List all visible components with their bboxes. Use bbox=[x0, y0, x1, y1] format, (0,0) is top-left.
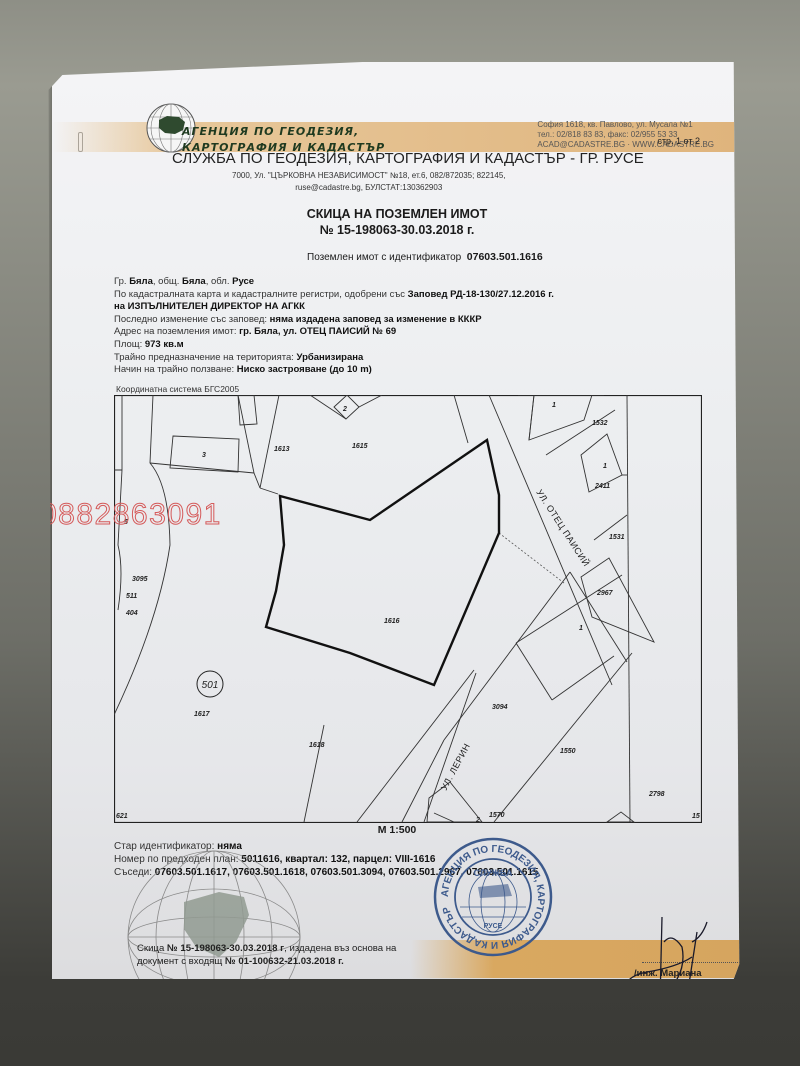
address-label: Адрес на поземления имот: bbox=[114, 326, 236, 337]
label-1618: 1618 bbox=[309, 742, 325, 749]
label-1617: 1617 bbox=[194, 711, 211, 718]
agency-name-line1: АГЕНЦИЯ ПО ГЕОДЕЗИЯ, bbox=[182, 124, 385, 140]
issued-line1: Скица № 15-198063-30.03.2018 г, издадена… bbox=[137, 942, 396, 955]
last-change-value: няма издадена заповед за изменение в ККК… bbox=[270, 314, 482, 325]
block-number: 501 bbox=[202, 680, 219, 691]
office-address-line2: ruse@cadastre.bg, БУЛСТАТ:130362903 bbox=[232, 182, 506, 194]
identifier-label: Поземлен имот с идентификатор bbox=[307, 252, 461, 263]
title-text: СКИЦА НА ПОЗЕМЛЕН ИМОТ bbox=[52, 206, 742, 222]
stamp-center-text: СЛУЖБА bbox=[474, 868, 513, 878]
issued-statement: Скица № 15-198063-30.03.2018 г, издадена… bbox=[137, 942, 396, 968]
label-3094: 3094 bbox=[492, 704, 508, 711]
label-2798: 2798 bbox=[648, 791, 665, 798]
label-404: 404 bbox=[125, 610, 138, 617]
label-1616: 1616 bbox=[384, 618, 400, 625]
cadastre-order: Заповед РД-18-130/27.12.2016 г. bbox=[408, 289, 554, 300]
office-name: СЛУЖБА ПО ГЕОДЕЗИЯ, КАРТОГРАФИЯ И КАДАСТ… bbox=[172, 150, 644, 167]
label-621: 621 bbox=[116, 813, 128, 820]
last-change-line: Последно изменение със заповед: няма изд… bbox=[114, 314, 554, 327]
cadastre-label: По кадастралната карта и кадастралните р… bbox=[114, 289, 405, 300]
label-1531: 1531 bbox=[609, 534, 625, 541]
document-page: АГЕНЦИЯ ПО ГЕОДЕЗИЯ, КАРТОГРАФИЯ И КАДАС… bbox=[52, 62, 742, 992]
issued-number: № 15-198063-30.03.2018 г bbox=[167, 943, 284, 954]
usage-line: Начин на трайно ползване: Ниско застрояв… bbox=[114, 364, 554, 377]
page-indicator: стр. 1 от 2 bbox=[657, 136, 700, 146]
label-1532: 1532 bbox=[592, 420, 608, 427]
stamp-city-text: РУСЕ bbox=[484, 923, 503, 930]
label-building-1-1550: 1 bbox=[579, 625, 583, 632]
parcel-info: Гр. Бяла, общ. Бяла, обл. Русе По кадаст… bbox=[114, 276, 554, 377]
region: Русе bbox=[232, 276, 254, 287]
document-title: СКИЦА НА ПОЗЕМЛЕН ИМОТ № 15-198063-30.03… bbox=[52, 206, 742, 238]
label-15: 15 bbox=[692, 813, 700, 820]
purpose-value: Урбанизирана bbox=[297, 352, 364, 363]
area-line: Площ: 973 кв.м bbox=[114, 339, 554, 352]
document-number: № 15-198063-30.03.2018 г. bbox=[52, 222, 742, 238]
parcel-identifier: Поземлен имот с идентификатор 07603.501.… bbox=[307, 251, 543, 263]
label-2411: 2411 bbox=[594, 483, 610, 490]
label-building-2-1570: 2 bbox=[475, 817, 480, 823]
label-1615: 1615 bbox=[352, 443, 368, 450]
label-2967: 2967 bbox=[596, 590, 614, 597]
issued-prefix: Скица bbox=[137, 943, 164, 954]
cadastre-line: По кадастралната карта и кадастралните р… bbox=[114, 289, 554, 302]
municipality-prefix: , общ. bbox=[153, 276, 179, 287]
cadastral-map: 501 1613 1615 1616 1617 1618 1532 2411 1… bbox=[114, 395, 702, 823]
location-line: Гр. Бяла, общ. Бяла, обл. Русе bbox=[114, 276, 554, 289]
label-building-1-2411: 1 bbox=[603, 463, 607, 470]
label-1613: 1613 bbox=[274, 446, 290, 453]
usage-label: Начин на трайно ползване: bbox=[114, 364, 234, 375]
agency-globe-watermark-icon bbox=[124, 847, 304, 1007]
label-3095: 3095 bbox=[132, 576, 148, 583]
issued-line2: документ с входящ № 01-100632-21.03.2018… bbox=[137, 955, 396, 968]
street-otec-paisiy: УЛ. ОТЕЦ ПАИСИЙ bbox=[534, 487, 592, 568]
official-stamp-icon: АГЕНЦИЯ ПО ГЕОДЕЗИЯ, КАРТОГРАФИЯ И КАДАС… bbox=[428, 832, 558, 962]
incoming-number: № 01-100632-21.03.2018 г. bbox=[225, 956, 344, 967]
contact-address: София 1618, кв. Павлово, ул. Мусала №1 bbox=[537, 120, 714, 130]
purpose-line: Трайно предназначение на територията: Ур… bbox=[114, 352, 554, 365]
label-1550: 1550 bbox=[560, 748, 576, 755]
region-prefix: , обл. bbox=[206, 276, 230, 287]
municipality: Бяла bbox=[182, 276, 206, 287]
signature-icon bbox=[612, 912, 722, 1012]
area-value: 973 кв.м bbox=[145, 339, 184, 350]
map-scale: М 1:500 bbox=[52, 824, 742, 836]
parcel-1616-boundary[interactable] bbox=[266, 440, 499, 685]
label-1570: 1570 bbox=[489, 812, 505, 819]
town-prefix: Гр. bbox=[114, 276, 127, 287]
label-building-3: 3 bbox=[202, 452, 206, 459]
street-lerin: УЛ. ЛЕРИН bbox=[439, 742, 472, 792]
usage-value: Ниско застрояване (до 10 m) bbox=[237, 364, 372, 375]
address-value: гр. Бяла, ул. ОТЕЦ ПАИСИЙ № 69 bbox=[239, 326, 396, 337]
phone-watermark: 0882863091 bbox=[40, 498, 222, 532]
label-building-2: 2 bbox=[342, 406, 347, 413]
office-address: 7000, Ул. "ЦЪРКОВНА НЕЗАВИСИМОСТ" №18, е… bbox=[232, 170, 506, 194]
coordinate-system-label: Координатна система БГС2005 bbox=[116, 384, 239, 394]
address-line: Адрес на поземления имот: гр. Бяла, ул. … bbox=[114, 326, 554, 339]
identifier-value: 07603.501.1616 bbox=[467, 251, 543, 263]
purpose-label: Трайно предназначение на територията: bbox=[114, 352, 294, 363]
area-label: Площ: bbox=[114, 339, 142, 350]
cadastre-order-by: на ИЗПЪЛНИТЕЛЕН ДИРЕКТОР НА АГКК bbox=[114, 301, 305, 312]
incoming-prefix: документ с входящ bbox=[137, 956, 222, 967]
label-511: 511 bbox=[126, 593, 137, 600]
label-building-1-top: 1 bbox=[552, 402, 556, 409]
town: Бяла bbox=[129, 276, 153, 287]
office-address-line1: 7000, Ул. "ЦЪРКОВНА НЕЗАВИСИМОСТ" №18, е… bbox=[232, 170, 506, 182]
last-change-label: Последно изменение със заповед: bbox=[114, 314, 267, 325]
issued-suffix: , издадена въз основа на bbox=[284, 943, 396, 954]
